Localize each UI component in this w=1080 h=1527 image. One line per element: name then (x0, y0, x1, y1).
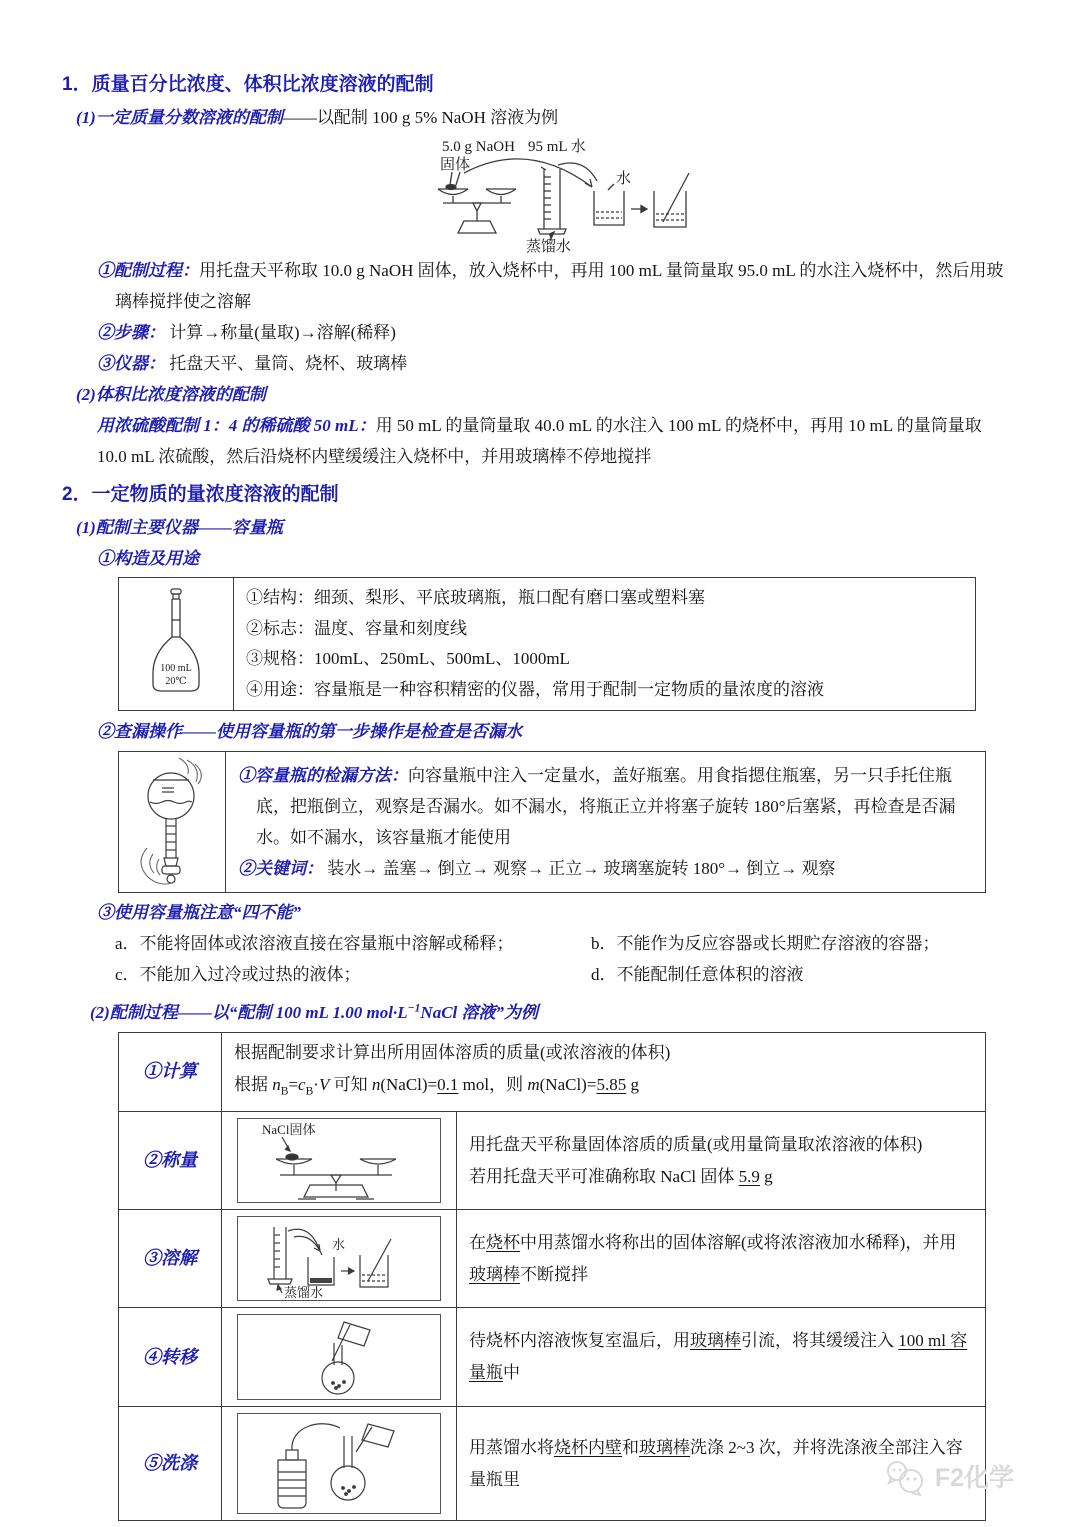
leak-method-label: ①容量瓶的检漏方法： (238, 766, 408, 785)
dissolving-icon: 水 蒸馏水 (240, 1219, 438, 1299)
water-label: 水 (616, 170, 631, 187)
transfer-pouring-icon (240, 1317, 438, 1398)
naoh-mass-label: 5.0 g NaOH (442, 139, 515, 155)
procedure-table: ①计算 根据配制要求计算出所用固体溶质的质量(或浓溶液的体积) 根据 nB=cB… (118, 1032, 986, 1521)
instruments-line: ③仪器： 托盘天平、量筒、烧杯、玻璃棒 (97, 348, 1080, 379)
flask-use-line: ④用途：容量瓶是一种容积精密的仪器，常用于配制一定物质的量浓度的溶液 (246, 675, 963, 706)
instruments-label: ③仪器： (97, 354, 165, 373)
distilled-water-label: 蒸馏水 (526, 237, 571, 253)
four-nots-heading: ③使用容量瓶注意“四不能” (97, 897, 1080, 928)
wechat-icon (883, 1459, 927, 1497)
list-item: c．不能加入过冷或过热的液体； (115, 959, 591, 990)
weigh-text-cell: 用托盘天平称量固体溶质的质量(或用量筒量取浓溶液的体积) 若用托盘天平可准确称取… (457, 1112, 986, 1210)
section2-sub1: (1)配制主要仪器——容量瓶 (76, 512, 1080, 543)
leak-image-cell (119, 752, 226, 893)
table-row: ①容量瓶的检漏方法：向容量瓶中注入一定量水，盖好瓶塞。用食指摁住瓶塞，另一只手托… (119, 752, 986, 893)
transfer-text-cell: 待烧杯内溶液恢复室温后，用玻璃棒引流，将其缓缓注入 100 ml 容量瓶中 (457, 1308, 986, 1407)
flask-marks-line: ②标志：温度、容量和刻度线 (246, 614, 963, 645)
volumetric-flask-table: 100 mL 20℃ ①结构：细颈、梨形、平底玻璃瓶，瓶口配有磨口塞或塑料塞 ②… (118, 577, 976, 711)
procedure-heading: (2)配制过程——以“配制 100 mL 1.00 mol·L−1NaCl 溶液… (90, 992, 1080, 1028)
transfer-illustration-frame (237, 1314, 441, 1400)
table-row-wash: ⑤洗涤 (119, 1407, 986, 1521)
calculate-text-cell: 根据配制要求计算出所用固体溶质的质量(或浓溶液的体积) 根据 nB=cB·V 可… (222, 1032, 986, 1111)
four-nots-row2: c．不能加入过冷或过热的液体； d．不能配制任意体积的溶液 (115, 959, 1080, 990)
weigh-image-cell: NaCl固体 (222, 1112, 457, 1210)
flask-info-cell: ①结构：细颈、梨形、平底玻璃瓶，瓶口配有磨口塞或塑料塞 ②标志：温度、容量和刻度… (234, 578, 976, 711)
table-row: 100 mL 20℃ ①结构：细颈、梨形、平底玻璃瓶，瓶口配有磨口塞或塑料塞 ②… (119, 578, 976, 711)
leak-check-heading: ②查漏操作——使用容量瓶的第一步操作是检查是否漏水 (97, 716, 1080, 747)
keywords-text: 装水→ 盖塞→ 倒立→ 观察→ 正立→ 玻璃塞旋转 180°→ 倒立→ 观察 (327, 859, 835, 878)
wash-bottle-icon (240, 1416, 438, 1512)
keywords-line: ②关键词： 装水→ 盖塞→ 倒立→ 观察→ 正立→ 玻璃塞旋转 180°→ 倒立… (238, 853, 973, 884)
step-label-cell: ③溶解 (119, 1210, 222, 1308)
table-row-dissolve: ③溶解 (119, 1210, 986, 1308)
section2-title: 2．一定物质的量浓度溶液的配制 (62, 480, 1080, 510)
distilled-water-label: 蒸馏水 (284, 1285, 323, 1299)
balance-weighing-icon: NaCl固体 (240, 1121, 438, 1201)
mass-fraction-apparatus-illustration: 5.0 g NaOH 固体 95 mL 水 水 蒸馏水 (398, 137, 728, 253)
flask-specs-line: ③规格：100mL、250mL、500mL、1000mL (246, 644, 963, 675)
list-item: b．不能作为反应容器或长期贮存溶液的容器； (591, 928, 940, 959)
main-instrument-label: (1)配制主要仪器——容量瓶 (76, 518, 283, 537)
water-label: 水 (332, 1237, 345, 1252)
transfer-image-cell (222, 1308, 457, 1407)
flask-image-cell: 100 mL 20℃ (119, 578, 234, 711)
section1-sub2: (2)体积比浓度溶液的配制 (76, 379, 1080, 410)
flask-temp-label: 20℃ (165, 676, 186, 687)
step-label-cell: ①计算 (119, 1032, 222, 1111)
list-item: a．不能将固体或浓溶液直接在容量瓶中溶解或稀释； (115, 928, 591, 959)
flask-structure-line: ①结构：细颈、梨形、平底玻璃瓶，瓶口配有磨口塞或塑料塞 (246, 583, 963, 614)
procedure-heading-label: (2)配制过程——以“配制 100 mL 1.00 mol·L−1NaCl 溶液… (90, 1003, 538, 1022)
steps-line: ②步骤： 计算→称量(量取)→溶解(稀释) (97, 317, 1080, 348)
brand-name: F2化学 (935, 1463, 1014, 1494)
list-item: d．不能配制任意体积的溶液 (591, 959, 804, 990)
leak-method-paragraph: ①容量瓶的检漏方法：向容量瓶中注入一定量水，盖好瓶塞。用食指摁住瓶塞，另一只手托… (238, 760, 973, 853)
dissolve-text: 在烧杯中用蒸馏水将称出的固体溶解(或将浓溶液加水稀释)，并用玻璃棒不断搅拌 (469, 1227, 973, 1291)
nacl-solid-label: NaCl固体 (262, 1122, 315, 1137)
keywords-label: ②关键词： (238, 859, 323, 878)
step-label-cell: ④转移 (119, 1308, 222, 1407)
dissolve-text-cell: 在烧杯中用蒸馏水将称出的固体溶解(或将浓溶液加水稀释)，并用玻璃棒不断搅拌 (457, 1210, 986, 1308)
step-label-cell: ②称量 (119, 1112, 222, 1210)
balance-cylinder-beaker-diagram-icon: 5.0 g NaOH 固体 95 mL 水 水 蒸馏水 (398, 137, 728, 253)
calc-line2: 根据 nB=cB·V 可知 n(NaCl)=0.1 mol，则 m(NaCl)=… (234, 1069, 973, 1107)
instruments-text: 托盘天平、量筒、烧杯、玻璃棒 (169, 354, 407, 373)
sulfuric-acid-paragraph: 用浓硫酸配制 1：4 的稀硫酸 50 mL：用 50 mL 的量筒量取 40.0… (97, 410, 1010, 472)
leak-text-cell: ①容量瓶的检漏方法：向容量瓶中注入一定量水，盖好瓶塞。用食指摁住瓶塞，另一只手托… (226, 752, 986, 893)
structure-use-heading: ①构造及用途 (97, 543, 1080, 574)
transfer-text: 待烧杯内溶液恢复室温后，用玻璃棒引流，将其缓缓注入 100 ml 容量瓶中 (469, 1325, 973, 1389)
process-text: 用托盘天平称取 10.0 g NaOH 固体，放入烧杯中，再用 100 mL 量… (115, 261, 1003, 311)
inverted-flask-hands-icon (129, 756, 215, 888)
process-label: ①配制过程： (97, 261, 199, 280)
step-label-cell: ⑤洗涤 (119, 1407, 222, 1521)
weigh-line2: 若用托盘天平可准确称取 NaCl 固体 5.9 g (469, 1161, 973, 1193)
steps-text: 计算→称量(量取)→溶解(稀释) (169, 323, 396, 342)
naoh-solid-label: 固体 (440, 156, 470, 173)
weigh-illustration-frame: NaCl固体 (237, 1118, 441, 1203)
structure-use-label: ①构造及用途 (97, 549, 199, 568)
volumetric-flask-icon: 100 mL 20℃ (138, 587, 214, 701)
four-nots-label: ③使用容量瓶注意“四不能” (97, 903, 301, 922)
brand-watermark: F2化学 (883, 1455, 1014, 1501)
preparation-process-paragraph: ①配制过程：用托盘天平称取 10.0 g NaOH 固体，放入烧杯中，再用 10… (97, 255, 1010, 317)
water-volume-label: 95 mL 水 (528, 138, 586, 155)
sub1-rest: ——以配制 100 g 5% NaOH 溶液为例 (283, 108, 558, 127)
dissolve-illustration-frame: 水 蒸馏水 (237, 1216, 441, 1301)
wash-image-cell (222, 1407, 457, 1521)
leak-check-label: ②查漏操作——使用容量瓶的第一步操作是检查是否漏水 (97, 722, 522, 741)
sulfuric-label: 用浓硫酸配制 1：4 的稀硫酸 50 mL： (97, 416, 376, 435)
calc-line1: 根据配制要求计算出所用固体溶质的质量(或浓溶液的体积) (234, 1037, 973, 1069)
sub2-label: (2)体积比浓度溶液的配制 (76, 385, 266, 404)
wash-illustration-frame (237, 1413, 441, 1514)
sub1-label: (1)一定质量分数溶液的配制 (76, 108, 283, 127)
table-row-weigh: ②称量 NaCl固体 (119, 1112, 986, 1210)
section1-title: 1．质量百分比浓度、体积比浓度溶液的配制 (62, 70, 1080, 100)
four-nots-row1: a．不能将固体或浓溶液直接在容量瓶中溶解或稀释； b．不能作为反应容器或长期贮存… (115, 928, 1080, 959)
weigh-line1: 用托盘天平称量固体溶质的质量(或用量筒量取浓溶液的体积) (469, 1129, 973, 1161)
dissolve-image-cell: 水 蒸馏水 (222, 1210, 457, 1308)
table-row-transfer: ④转移 待烧杯内溶液恢复室温后 (119, 1308, 986, 1407)
flask-capacity-label: 100 mL (160, 663, 191, 674)
document-page: 1．质量百分比浓度、体积比浓度溶液的配制 (1)一定质量分数溶液的配制——以配制… (0, 0, 1080, 1527)
leak-check-table: ①容量瓶的检漏方法：向容量瓶中注入一定量水，盖好瓶塞。用食指摁住瓶塞，另一只手托… (118, 751, 986, 893)
table-row-calculate: ①计算 根据配制要求计算出所用固体溶质的质量(或浓溶液的体积) 根据 nB=cB… (119, 1032, 986, 1111)
section1-sub1: (1)一定质量分数溶液的配制——以配制 100 g 5% NaOH 溶液为例 (76, 102, 1080, 133)
steps-label: ②步骤： (97, 323, 165, 342)
